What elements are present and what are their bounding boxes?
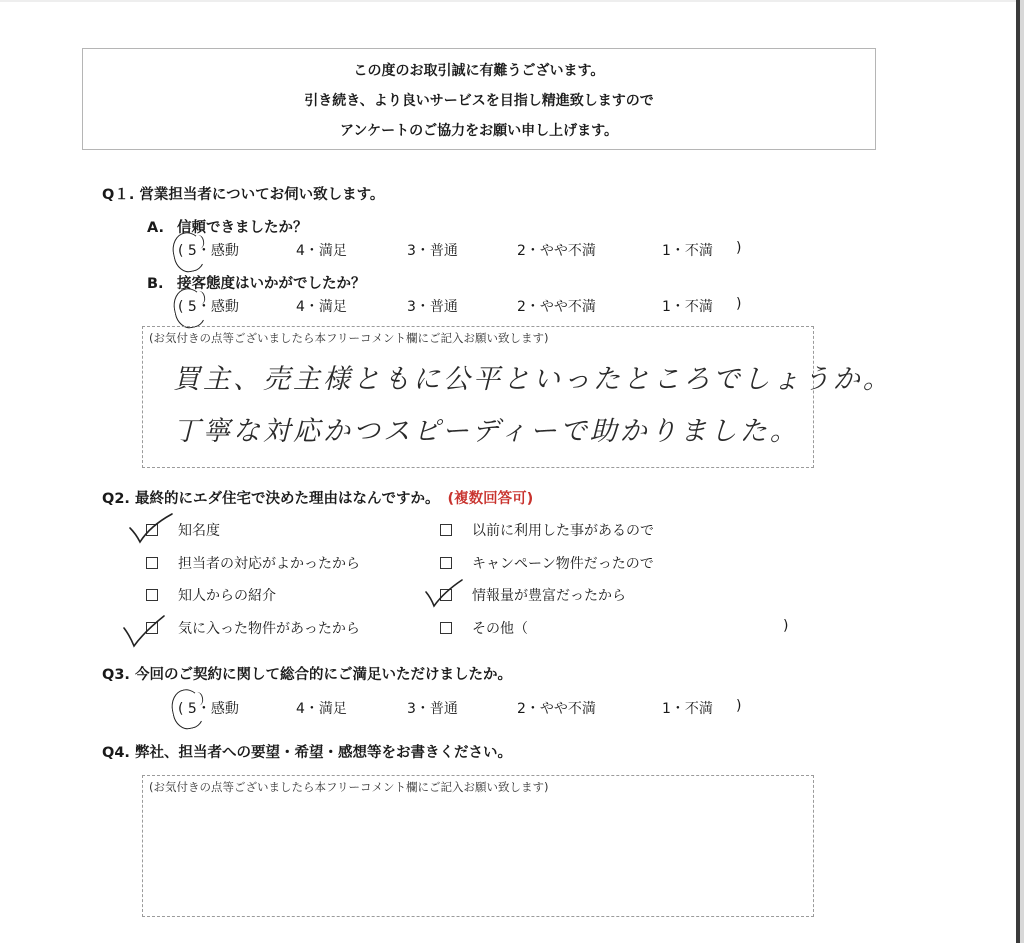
- q3-title: Q3. 今回のご契約に関して総合的にご満足いただけましたか。: [102, 663, 512, 684]
- q2-option-label: 知人からの紹介: [178, 588, 276, 604]
- q1a-option-3[interactable]: 3・普通: [407, 240, 458, 260]
- q2-option-label: キャンペーン物件だったので: [472, 556, 654, 572]
- q2-other-close-paren: ): [783, 618, 788, 634]
- q1b-option-3[interactable]: 3・普通: [407, 296, 458, 316]
- q1b-option-1[interactable]: 1・不満: [662, 296, 713, 316]
- intro-box: この度のお取引誠に有難うございます。 引き続き、より良いサービスを目指し精進致し…: [82, 48, 876, 150]
- q1b-text: 接客態度はいかがでしたか？: [177, 276, 366, 292]
- q1b-close-paren: ): [736, 296, 741, 312]
- q1-comment-hint: (お気付きの点等ございましたら本フリーコメント欄にご記入お願い致します): [149, 330, 549, 346]
- q1a-option-2[interactable]: 2・やや不満: [517, 240, 596, 260]
- q2-option-referral[interactable]: 知人からの紹介: [146, 585, 276, 605]
- q1-handwritten-line-1: 買主、売主様ともに公平といったところでしょうか。: [173, 357, 893, 396]
- q4-comment-box[interactable]: (お気付きの点等ございましたら本フリーコメント欄にご記入お願い致します): [142, 775, 814, 917]
- q1b-option-2[interactable]: 2・やや不満: [517, 296, 596, 316]
- q2-option-label: 知名度: [178, 523, 220, 539]
- q2-option-label: 担当者の対応がよかったから: [178, 556, 360, 572]
- q2-option-campaign[interactable]: キャンペーン物件だったので: [440, 553, 654, 573]
- intro-line-2: 引き続き、より良いサービスを目指し精進致しますので: [83, 90, 875, 110]
- q1-handwritten-line-2: 丁寧な対応かつスピーディーで助かりました。: [173, 409, 800, 448]
- q2-option-label: 以前に利用した事があるので: [472, 523, 654, 539]
- q2-option-rich-info[interactable]: 情報量が豊富だったから: [440, 585, 626, 605]
- checkbox[interactable]: [146, 589, 158, 601]
- q2-option-liked-property[interactable]: 気に入った物件があったから: [146, 618, 360, 638]
- checkbox[interactable]: [440, 557, 452, 569]
- q1a-close-paren: ): [736, 240, 741, 256]
- scan-top-edge: [0, 0, 1024, 2]
- q1b-option-4[interactable]: 4・満足: [296, 296, 347, 316]
- q3-close-paren: ): [736, 698, 741, 714]
- q2-title: Q2. 最終的にエダ住宅で決めた理由はなんですか。(複数回答可): [102, 487, 533, 508]
- q1-comment-box[interactable]: (お気付きの点等ございましたら本フリーコメント欄にご記入お願い致します) 買主、…: [142, 326, 814, 468]
- q2-option-label: 気に入った物件があったから: [178, 621, 360, 637]
- q1a-option-4[interactable]: 4・満足: [296, 240, 347, 260]
- checkbox[interactable]: [440, 622, 452, 634]
- q2-multiple-answer-note: (複数回答可): [447, 491, 533, 507]
- q2-option-label: 情報量が豊富だったから: [472, 588, 626, 604]
- q4-comment-hint: (お気付きの点等ございましたら本フリーコメント欄にご記入お願い致します): [149, 779, 549, 795]
- q1a-option-1[interactable]: 1・不満: [662, 240, 713, 260]
- checkbox[interactable]: [440, 524, 452, 536]
- q1-title: Q１. 営業担当者についてお伺い致します。: [102, 183, 384, 204]
- q1b-letter: B.: [147, 276, 177, 292]
- checkbox[interactable]: [146, 557, 158, 569]
- q1a-text: 信頼できましたか？: [177, 220, 308, 236]
- intro-line-1: この度のお取引誠に有難うございます。: [83, 60, 875, 80]
- checkmark-icon: [128, 512, 176, 544]
- q3-option-2[interactable]: 2・やや不満: [517, 698, 596, 718]
- q3-selected-circle-mark: [168, 686, 208, 732]
- intro-line-3: アンケートのご協力をお願い申し上げます。: [83, 120, 875, 140]
- scan-right-shadow: [1020, 0, 1024, 943]
- q2-option-other[interactable]: その他（: [440, 618, 528, 638]
- q1b-rating-scale[interactable]: ( 5・感動 4・満足 3・普通 2・やや不満 1・不満 ): [178, 296, 758, 316]
- q3-option-3[interactable]: 3・普通: [407, 698, 458, 718]
- q2-option-label: その他（: [472, 621, 528, 637]
- q1a-letter: A.: [147, 220, 177, 236]
- q2-title-text: Q2. 最終的にエダ住宅で決めた理由はなんですか。: [102, 491, 439, 507]
- checkmark-icon: [424, 578, 464, 608]
- checkmark-icon: [120, 614, 168, 648]
- q3-rating-scale[interactable]: ( 5・感動 4・満足 3・普通 2・やや不満 1・不満 ): [178, 698, 758, 718]
- q3-option-4[interactable]: 4・満足: [296, 698, 347, 718]
- q1a-rating-scale[interactable]: ( 5・感動 4・満足 3・普通 2・やや不満 1・不満 ): [178, 240, 758, 260]
- q4-title: Q4. 弊社、担当者への要望・希望・感想等をお書きください。: [102, 741, 512, 762]
- q2-option-used-before[interactable]: 以前に利用した事があるので: [440, 520, 654, 540]
- q3-option-1[interactable]: 1・不満: [662, 698, 713, 718]
- q2-option-staff-response[interactable]: 担当者の対応がよかったから: [146, 553, 360, 573]
- q1a-question: A.信頼できましたか？: [147, 216, 308, 237]
- scan-right-edge: [1016, 0, 1020, 943]
